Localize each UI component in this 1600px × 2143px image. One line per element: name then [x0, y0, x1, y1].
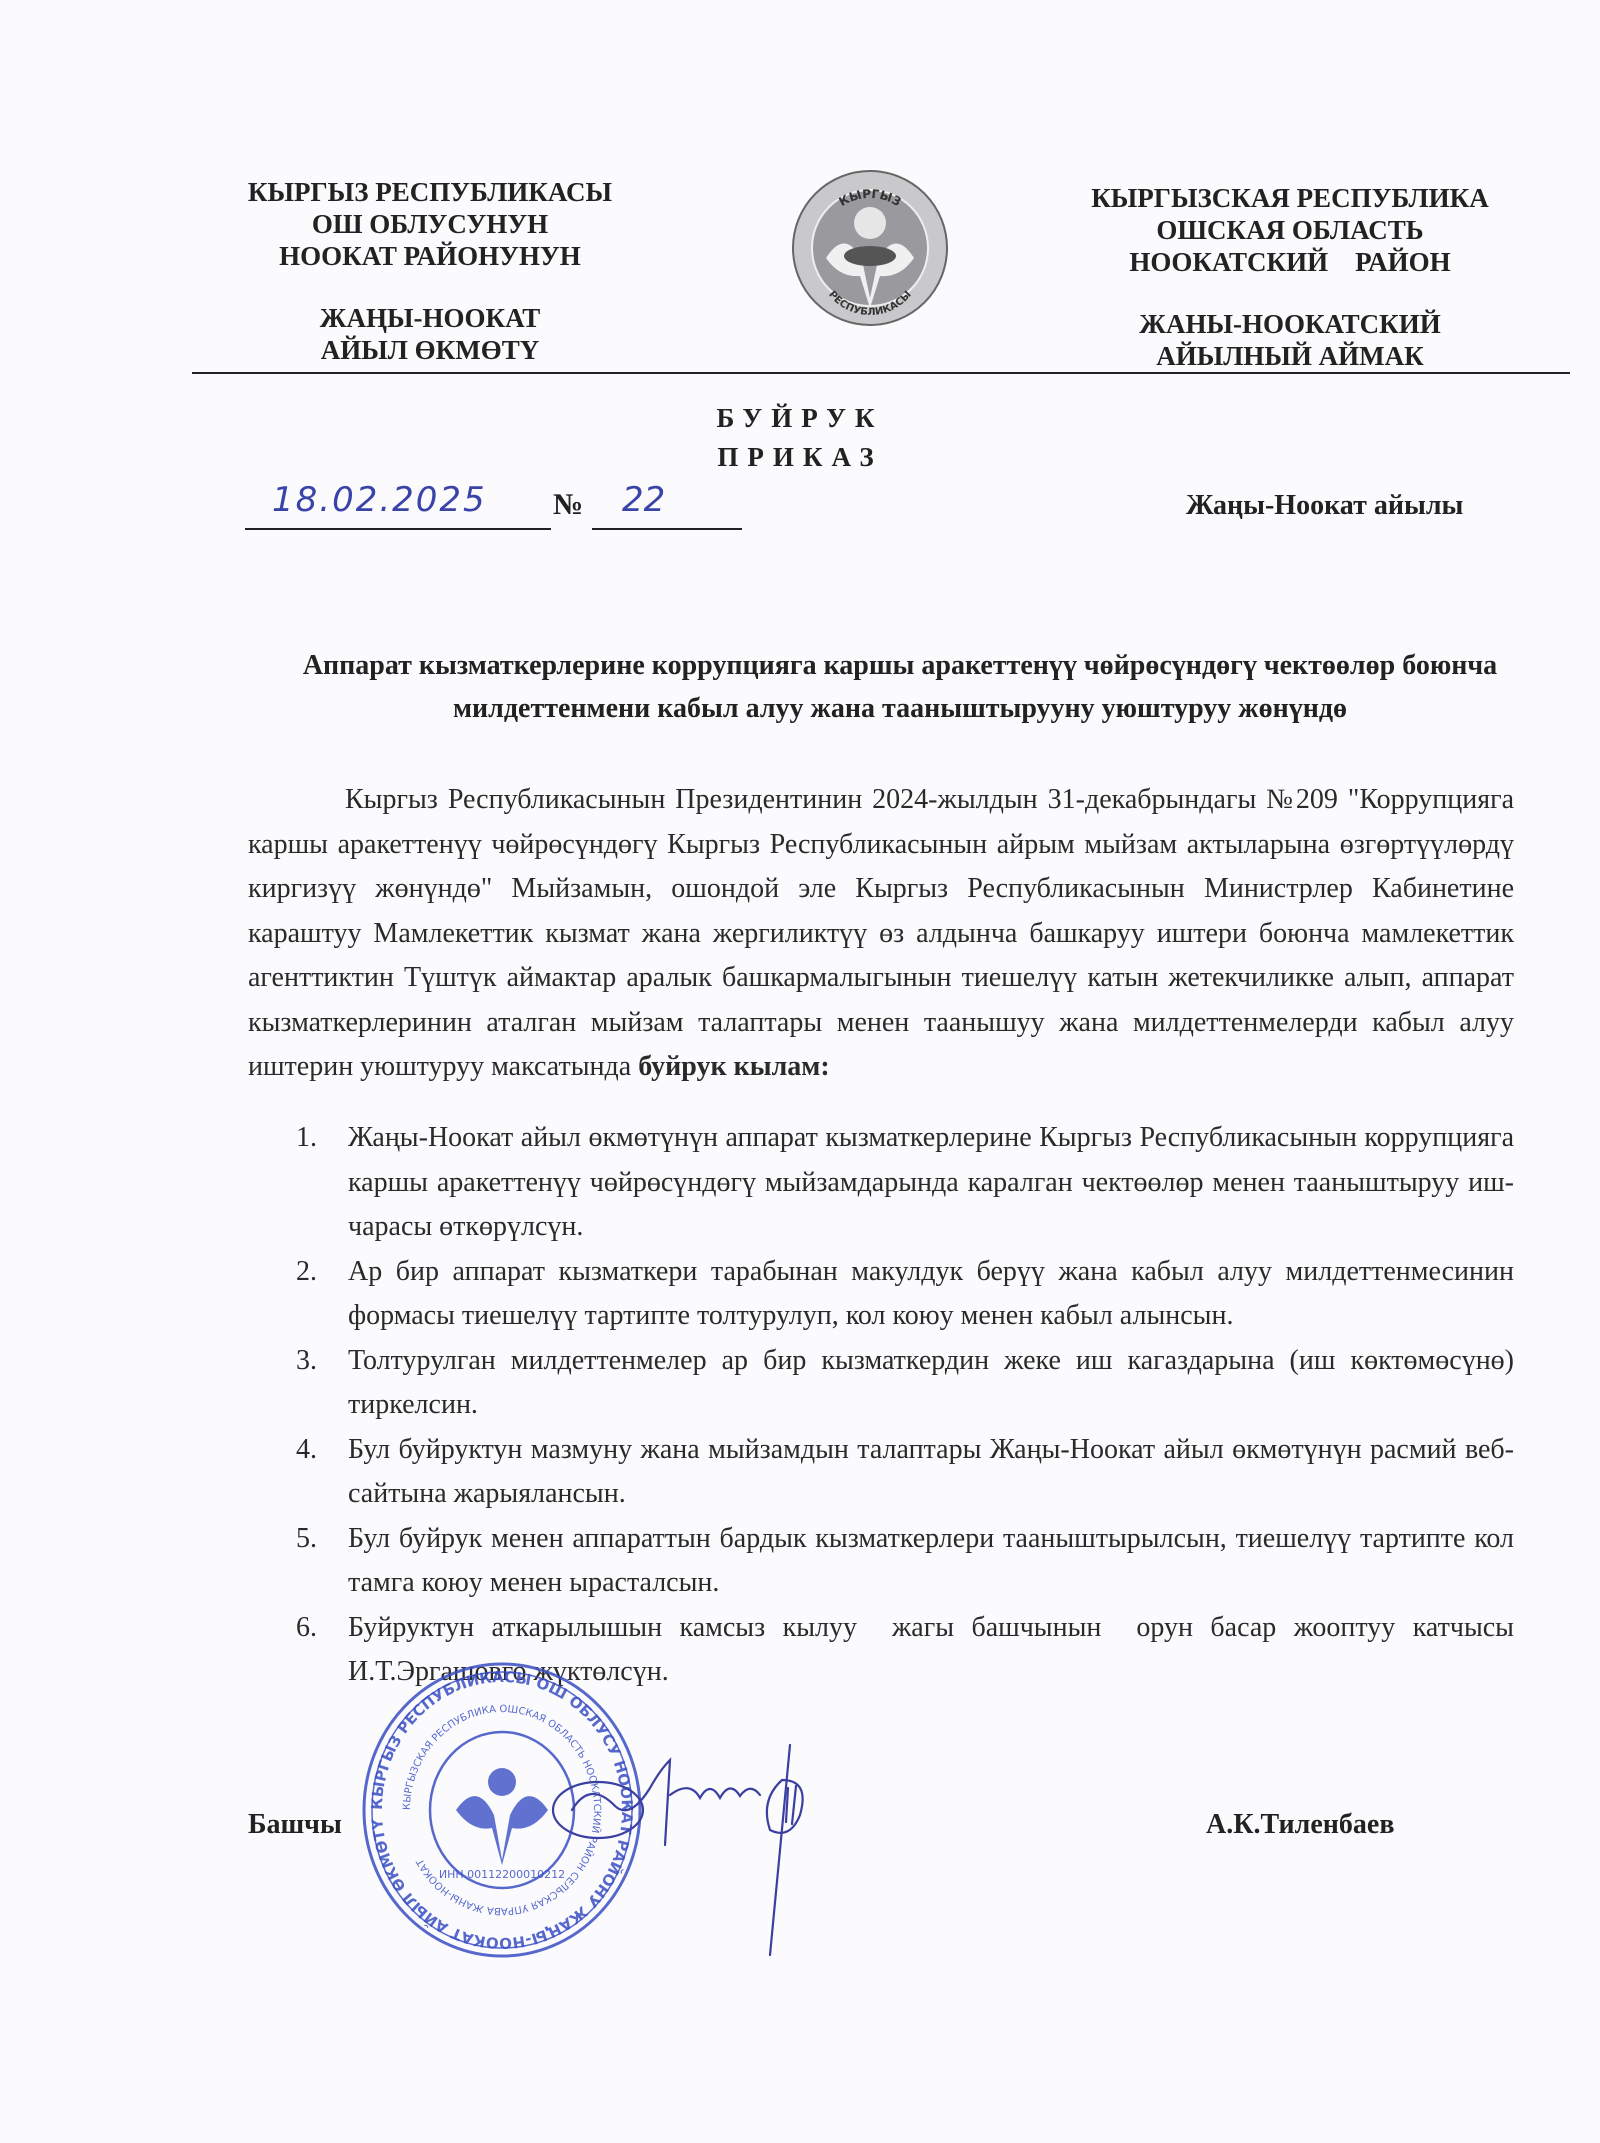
order-item-text: Жаңы-Ноокат айыл өкмөтүнүн аппарат кызма… [348, 1122, 1514, 1242]
doc-type-kyrgyz: БУЙРУК [0, 403, 1600, 434]
order-item-number: 2. [296, 1250, 317, 1295]
preamble-text: Кыргыз Республикасынын Президентинин 202… [248, 784, 1514, 1082]
header-russian-block: КЫРГЫЗСКАЯ РЕСПУБЛИКА ОШСКАЯ ОБЛАСТЬ НОО… [1065, 182, 1515, 372]
header-line: ОШСКАЯ ОБЛАСТЬ [1065, 214, 1515, 246]
order-item-text: Ар бир аппарат кызматкери тарабынан маку… [348, 1256, 1514, 1332]
preamble-emphasis: буйрук кылам: [638, 1051, 830, 1082]
order-item: 5.Бул буйрук менен аппараттын бардык кыз… [248, 1517, 1514, 1606]
order-item-number: 4. [296, 1428, 317, 1473]
preamble-paragraph: Кыргыз Республикасынын Президентинин 202… [248, 778, 1514, 1090]
order-item: 1.Жаңы-Ноокат айыл өкмөтүнүн аппарат кыз… [248, 1116, 1514, 1250]
order-item-number: 5. [296, 1517, 317, 1562]
order-items-list: 1.Жаңы-Ноокат айыл өкмөтүнүн аппарат кыз… [248, 1116, 1514, 1695]
doc-type-russian: ПРИКАЗ [0, 442, 1600, 473]
header-org-line: АЙЫЛНЫЙ АЙМАК [1065, 340, 1515, 372]
header-org-line: АЙЫЛ ӨКМӨТҮ [200, 334, 660, 366]
header-line: ОШ ОБЛУСУНУН [200, 208, 660, 240]
header-divider [192, 372, 1570, 374]
order-item-number: 3. [296, 1339, 317, 1384]
kyrgyz-state-emblem-icon: КЫРГЫЗ РЕСПУБЛИКАСЫ [790, 168, 950, 328]
order-item-number: 6. [296, 1606, 317, 1651]
handwritten-order-number: 22 [622, 480, 665, 520]
order-item-text: Бул буйрук менен аппараттын бардык кызма… [348, 1523, 1514, 1599]
signatory-role: Башчы [248, 1809, 342, 1841]
order-item: 3.Толтурулган милдеттенмелер ар бир кызм… [248, 1339, 1514, 1428]
order-item: 2.Ар бир аппарат кызматкери тарабынан ма… [248, 1250, 1514, 1339]
date-underline [245, 528, 551, 530]
order-item-text: Толтурулган милдеттенмелер ар бир кызмат… [348, 1345, 1514, 1421]
header-line: НООКАТ РАЙОНУНУН [200, 240, 660, 272]
header-kyrgyz-block: КЫРГЫЗ РЕСПУБЛИКАСЫ ОШ ОБЛУСУНУН НООКАТ … [200, 176, 660, 366]
header-line: КЫРГЫЗ РЕСПУБЛИКАСЫ [200, 176, 660, 208]
header-org-line: ЖАҢЫ-НООКАТ [200, 302, 660, 334]
order-item: 4.Бул буйруктун мазмуну жана мыйзамдын т… [248, 1428, 1514, 1517]
number-underline [592, 528, 742, 530]
order-item-number: 1. [296, 1116, 317, 1161]
place-of-issue: Жаңы-Ноокат айылы [1186, 490, 1463, 522]
number-sign: № [553, 488, 583, 522]
header-line: КЫРГЫЗСКАЯ РЕСПУБЛИКА [1065, 182, 1515, 214]
handwritten-signature [520, 1740, 860, 1970]
signatory-name: А.К.Тиленбаев [1206, 1809, 1394, 1841]
handwritten-date: 18.02.2025 [272, 480, 487, 520]
header-org-line: ЖАНЫ-НООКАТСКИЙ [1065, 308, 1515, 340]
header-line: НООКАТСКИЙ РАЙОН [1065, 246, 1515, 278]
order-item-text: Бул буйруктун мазмуну жана мыйзамдын тал… [348, 1434, 1514, 1510]
document-title: Аппарат кызматкерлерине коррупцияга карш… [270, 644, 1530, 730]
